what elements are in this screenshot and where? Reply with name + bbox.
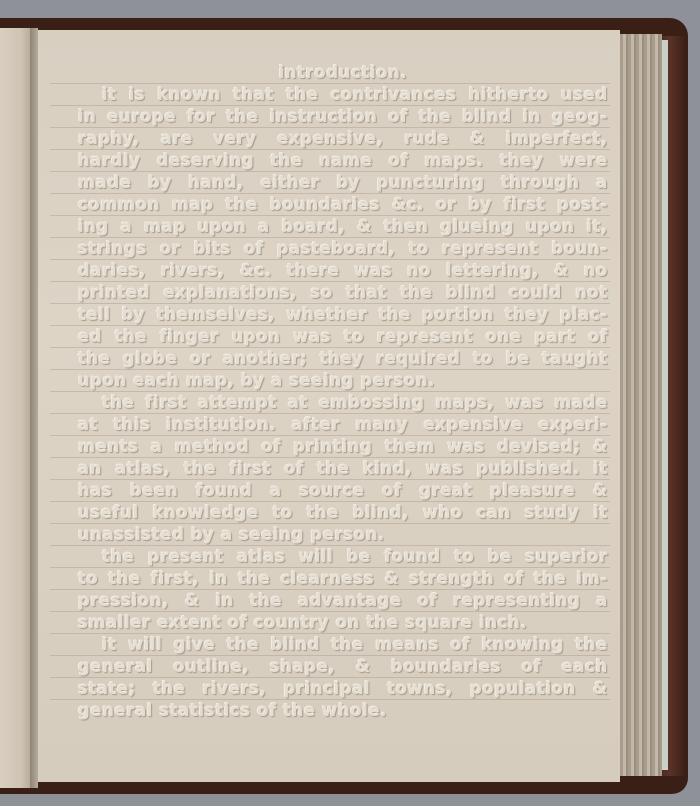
text-line: it will give the blind the means of know… — [78, 634, 608, 656]
text-lines: it is known that the contrivances hither… — [78, 84, 608, 722]
text-line: general statistics of the whole. — [78, 700, 608, 722]
text-line: the globe or another; they required to b… — [78, 348, 608, 370]
text-line: hardly deserving the name of maps. they … — [78, 150, 608, 172]
embossed-text: introduction. it is known that the contr… — [78, 62, 608, 722]
page-title: introduction. — [78, 62, 608, 84]
endpaper-edge — [662, 40, 668, 770]
text-line: printed explanations, so that the blind … — [78, 282, 608, 304]
page-block-edge — [620, 34, 662, 776]
text-line: smaller extent of country on the square … — [78, 612, 608, 634]
text-line: upon each map, by a seeing person. — [78, 370, 608, 392]
text-line: unassisted by a seeing person. — [78, 524, 608, 546]
text-line: tell by themselves, whether the portion … — [78, 304, 608, 326]
text-line: it is known that the contrivances hither… — [78, 84, 608, 106]
text-line: daries, rivers, &c. there was no letteri… — [78, 260, 608, 282]
text-line: useful knowledge to the blind, who can s… — [78, 502, 608, 524]
text-line: made by hand, either by puncturing throu… — [78, 172, 608, 194]
text-line: the first attempt at embossing maps, was… — [78, 392, 608, 414]
text-line: strings or bits of pasteboard, to repres… — [78, 238, 608, 260]
text-line: ments a method of printing them was devi… — [78, 436, 608, 458]
book-gutter — [30, 28, 38, 788]
text-line: the present atlas will be found to be su… — [78, 546, 608, 568]
text-line: an atlas, the first of the kind, was pub… — [78, 458, 608, 480]
text-line: in europe for the instruction of the bli… — [78, 106, 608, 128]
text-line: to the first, in the clearness & strengt… — [78, 568, 608, 590]
text-line: common map the boundaries &c. or by firs… — [78, 194, 608, 216]
text-line: ed the finger upon was to represent one … — [78, 326, 608, 348]
left-page-edge — [0, 28, 30, 788]
text-line: raphy, are very expensive, rude & imperf… — [78, 128, 608, 150]
text-line: has been found a source of great pleasur… — [78, 480, 608, 502]
text-line: pression, & in the advantage of represen… — [78, 590, 608, 612]
text-line: general outline, shape, & boundaries of … — [78, 656, 608, 678]
text-line: state; the rivers, principal towns, popu… — [78, 678, 608, 700]
text-line: ing a map upon a board, & then glueing u… — [78, 216, 608, 238]
text-line: at this institution. after many expensiv… — [78, 414, 608, 436]
